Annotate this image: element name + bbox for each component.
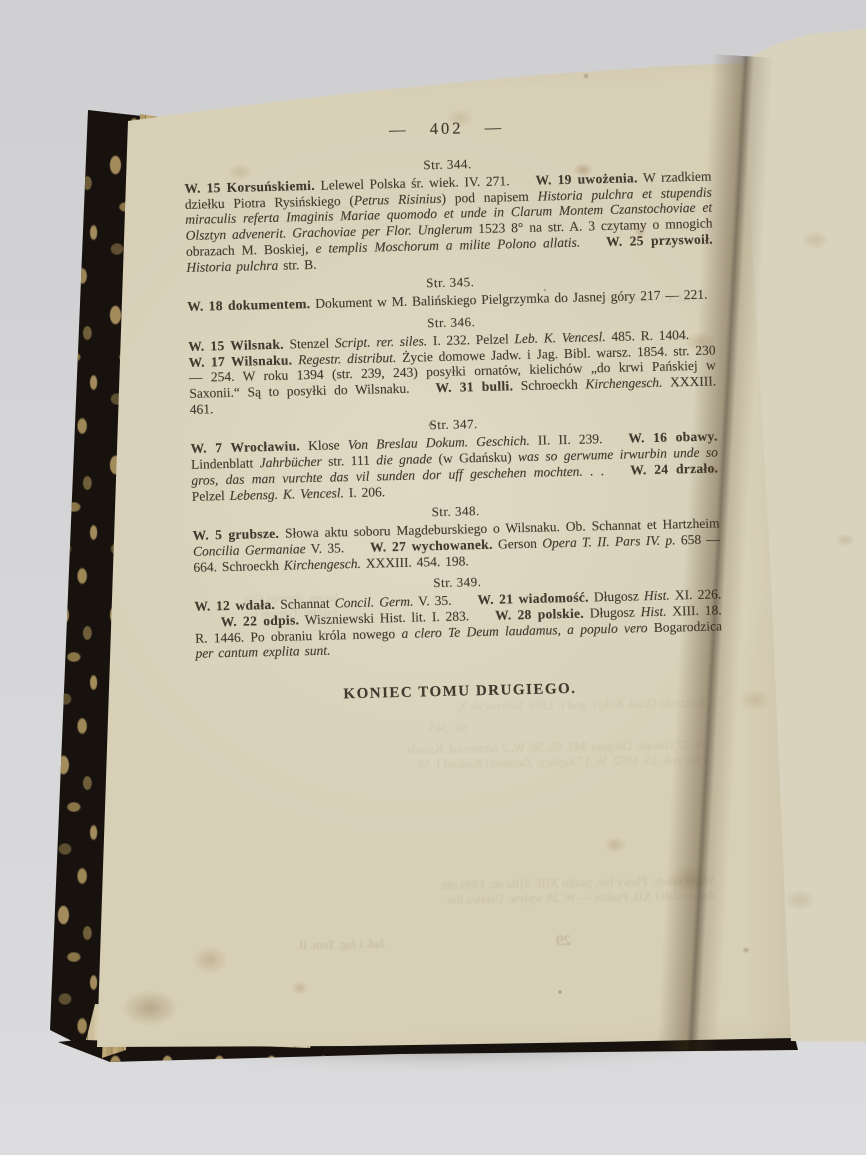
showthrough-signature: Jad. i Jag. Tom. II. [215, 937, 385, 955]
section-paragraph: W. 15 Wilsnak. Stenzel Script. rer. sile… [188, 326, 717, 417]
section-paragraph: W. 15 Korsuńskiemi. Lelewel Polska śr. w… [184, 169, 713, 276]
photo-background: — 402 — Str. 344. W. 15 Korsuńskiemi. Le… [0, 0, 866, 1155]
section-344: Str. 344. W. 15 Korsuńskiemi. Lelewel Po… [184, 151, 713, 276]
open-book: — 402 — Str. 344. W. 15 Korsuńskiemi. Le… [0, 0, 866, 1155]
showthrough-upper: Roczniki Dział. Kobyl. god r. 1399. Schr… [189, 696, 706, 777]
section-paragraph: W. 5 grubsze. Słowa aktu soboru Magdebur… [193, 516, 721, 576]
section-346: Str. 346. W. 15 Wilsnak. Stenzel Script.… [188, 308, 717, 417]
section-paragraph: W. 7 Wrocławiu. Klose Von Breslau Dokum.… [190, 429, 718, 504]
showthrough-line: Str. 343. [190, 716, 706, 740]
showthrough-middle: lutant. derivus Gra. Inziani. Gerson t. [188, 591, 339, 624]
showthrough-line: Inziani. Gerson t. [188, 606, 338, 624]
showthrough-page-number: 29 [556, 934, 571, 949]
section-348: Str. 348. W. 5 grubsze. Słowa aktu sobor… [192, 498, 720, 576]
section-347: Str. 347. W. 7 Wrocławiu. Klose Von Bres… [190, 411, 719, 504]
